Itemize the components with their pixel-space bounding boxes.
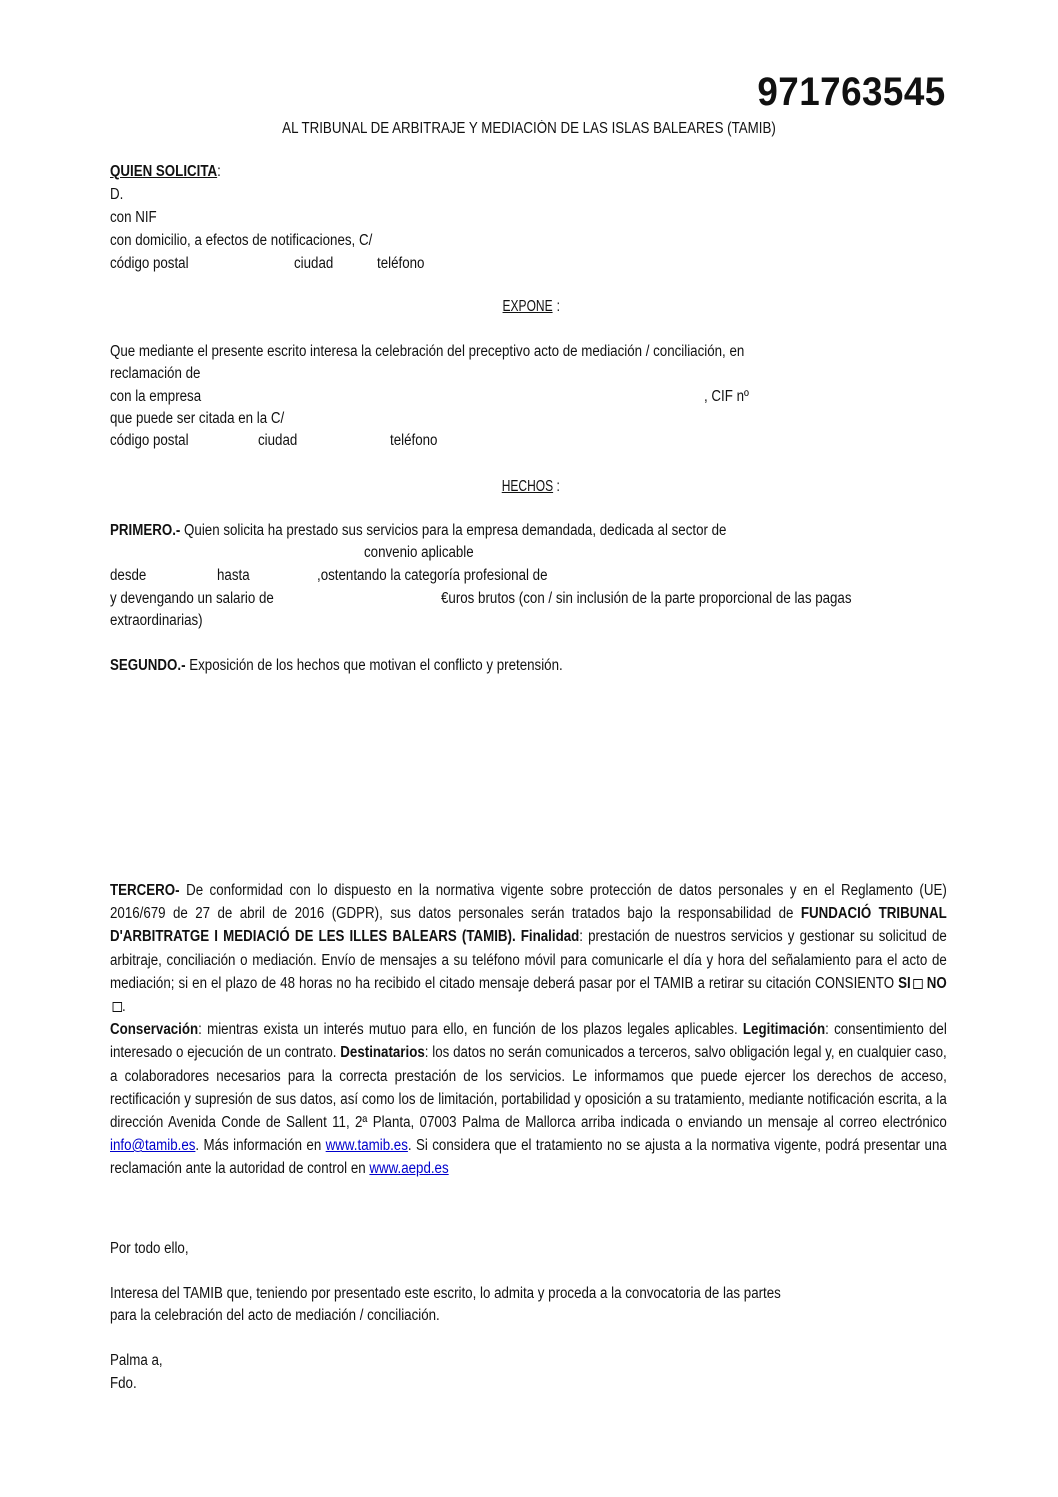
expone-line1: Que mediante el presente escrito interes…: [110, 343, 744, 361]
field-categoria: ,ostentando la categoría profesional de: [317, 567, 585, 585]
segundo-line: SEGUNDO.- Exposición de los hechos que m…: [110, 657, 563, 675]
interesa-line1: Interesa del TAMIB que, teniendo por pre…: [110, 1285, 781, 1303]
cif-label: , CIF nº: [704, 388, 749, 406]
telefono-label: teléfono: [377, 255, 424, 273]
heading-colon: :: [217, 163, 221, 180]
ciudad-label: ciudad: [258, 432, 297, 450]
segundo-label: SEGUNDO.-: [110, 657, 186, 674]
field-cp-empresa: código postal: [110, 432, 201, 450]
ciudad-label: ciudad: [294, 255, 333, 273]
extraordinarias-text: extraordinarias): [110, 612, 203, 630]
salario-label: y devengando un salario de: [110, 590, 274, 608]
hechos-heading-text: HECHOS: [501, 478, 552, 496]
field-hasta: hasta: [217, 567, 255, 585]
tamib-web-link[interactable]: www.tamib.es: [326, 1137, 408, 1154]
document-title-text: AL TRIBUNAL DE ARBITRAJE Y MEDIACIÓN DE …: [282, 120, 776, 138]
hechos-heading: HECHOS:: [0, 478, 1058, 496]
field-telefono-empresa: teléfono: [390, 432, 445, 450]
document-page: 971763545 AL TRIBUNAL DE ARBITRAJE Y MED…: [0, 0, 1058, 1497]
field-salario: y devengando un salario de: [110, 590, 300, 608]
consent-no-checkbox[interactable]: [113, 1002, 122, 1012]
solicitante-heading-text: QUIEN SOLICITA: [110, 163, 217, 180]
field-empresa: con la empresa: [110, 388, 201, 406]
legitimacion-label: Legitimación: [743, 1021, 825, 1038]
finalidad-label: Finalidad: [521, 928, 580, 945]
interesa-line2: para la celebración del acto de mediació…: [110, 1307, 440, 1325]
firma-line: Fdo.: [110, 1375, 137, 1393]
primero-text: Quien solicita ha prestado sus servicios…: [180, 522, 726, 539]
phone-number: 971763545: [758, 70, 946, 115]
primero-line1: PRIMERO.- Quien solicita ha prestado sus…: [110, 522, 726, 540]
field-cp-solicitante: código postal: [110, 255, 201, 273]
field-ciudad-empresa: ciudad: [258, 432, 304, 450]
tercero-label: TERCERO-: [110, 882, 180, 899]
field-desde: desde: [110, 567, 152, 585]
desde-label: desde: [110, 567, 146, 585]
mas-info-text: . Más información en: [195, 1137, 325, 1154]
convenio-label: convenio aplicable: [364, 544, 474, 562]
destinatarios-label: Destinatarios: [340, 1044, 424, 1061]
conservacion-label: Conservación: [110, 1021, 198, 1038]
field-convenio: convenio aplicable: [364, 544, 492, 562]
consent-yes-label: SI: [898, 975, 911, 992]
euros-label: €uros brutos (con / sin inclusión de la …: [441, 590, 852, 608]
field-citada: que puede ser citada en la C/: [110, 410, 284, 428]
por-todo-ello: Por todo ello,: [110, 1240, 189, 1258]
field-domicilio: con domicilio, a efectos de notificacion…: [110, 232, 372, 250]
field-cif: , CIF nº: [704, 388, 756, 406]
consent-yes-checkbox[interactable]: [913, 979, 922, 989]
expone-heading-text: EXPONE: [502, 298, 552, 316]
field-nif: con NIF: [110, 209, 157, 227]
heading-colon: :: [557, 478, 560, 496]
expone-heading: EXPONE:: [0, 298, 1058, 316]
hasta-label: hasta: [217, 567, 250, 585]
expone-line2: reclamación de: [110, 365, 200, 383]
telefono-label: teléfono: [390, 432, 437, 450]
solicitante-heading: QUIEN SOLICITA:: [110, 163, 221, 181]
consent-no-label: NO: [927, 975, 947, 992]
cp-label: código postal: [110, 255, 189, 273]
field-euros: €uros brutos (con / sin inclusión de la …: [441, 590, 918, 608]
field-ciudad-solicitante: ciudad: [294, 255, 340, 273]
primero-label: PRIMERO.-: [110, 522, 180, 539]
tercero-paragraph: TERCERO- De conformidad con lo dispuesto…: [110, 879, 947, 1181]
cp-label: código postal: [110, 432, 189, 450]
conservacion-text: : mientras exista un interés mutuo para …: [198, 1021, 743, 1038]
field-d: D.: [110, 186, 123, 204]
categoria-label: ,ostentando la categoría profesional de: [317, 567, 547, 585]
palma-line: Palma a,: [110, 1352, 163, 1370]
segundo-text: Exposición de los hechos que motivan el …: [186, 657, 563, 674]
document-title: AL TRIBUNAL DE ARBITRAJE Y MEDIACIÓN DE …: [0, 120, 1058, 138]
email-link[interactable]: info@tamib.es: [110, 1137, 195, 1154]
aepd-web-link[interactable]: www.aepd.es: [369, 1160, 448, 1177]
heading-colon: :: [556, 298, 559, 316]
field-telefono-solicitante: teléfono: [377, 255, 432, 273]
